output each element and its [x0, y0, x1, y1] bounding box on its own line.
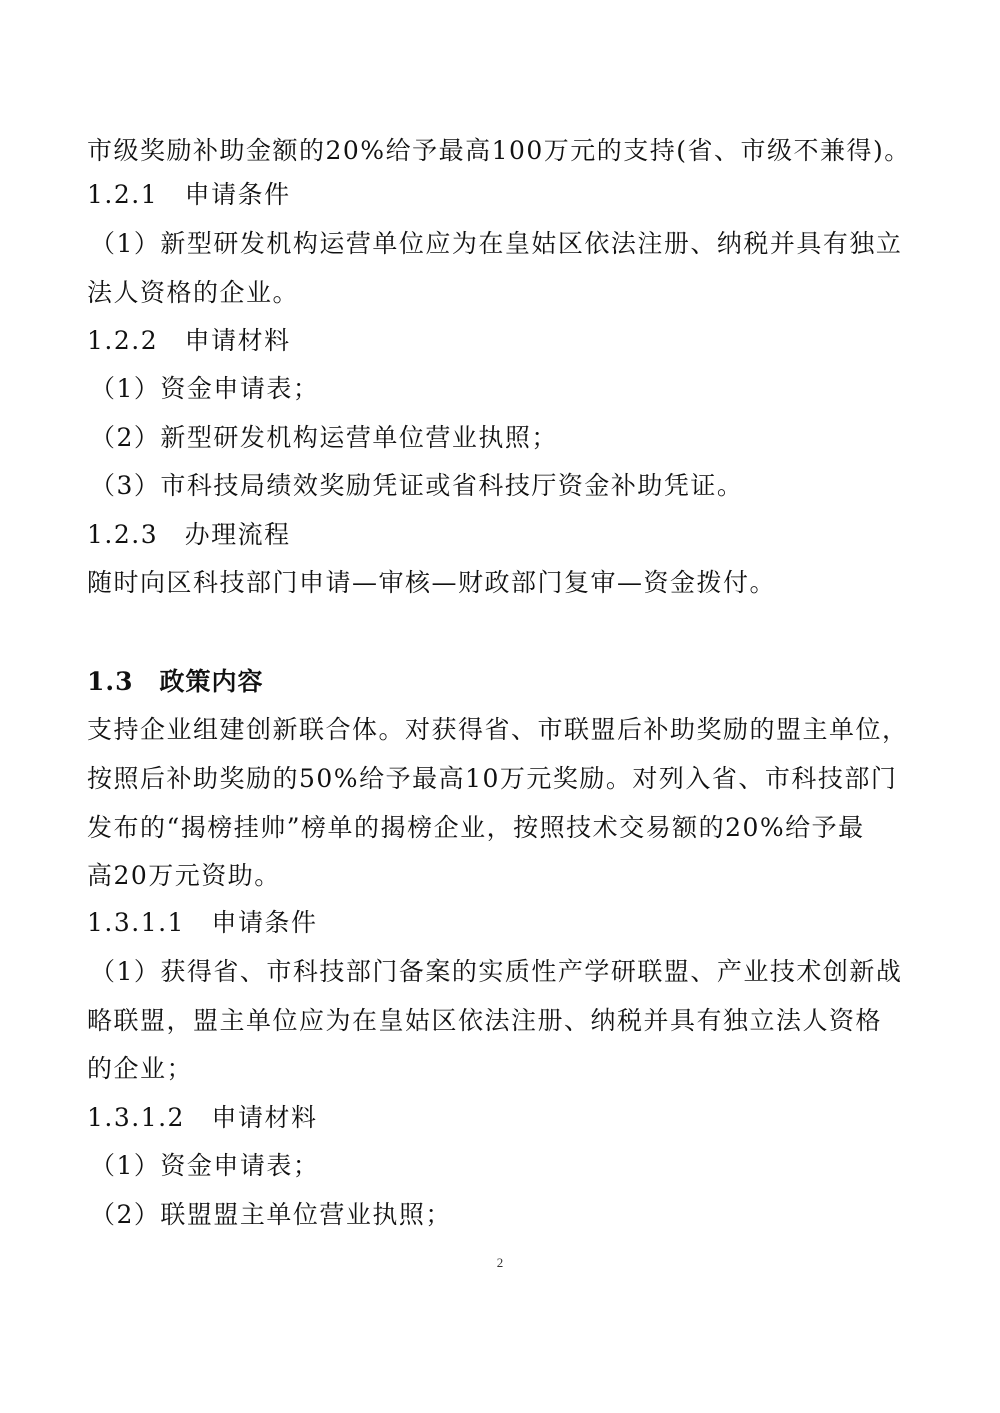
section-heading-1-2-3: 1.2.3 办理流程 — [87, 520, 291, 550]
paragraph-line: 随时向区科技部门申请—审核—财政部门复审—资金拨付。 — [87, 568, 776, 598]
list-item: （3）市科技局绩效奖励凭证或省科技厅资金补助凭证。 — [90, 471, 743, 501]
document-page: 市级奖励补助金额的20%给予最高100万元的支持(省、市级不兼得)。 1.2.1… — [0, 0, 1000, 1413]
list-item: （1）新型研发机构运营单位应为在皇姑区依法注册、纳税并具有独立 — [90, 229, 902, 259]
paragraph-line: 略联盟，盟主单位应为在皇姑区依法注册、纳税并具有独立法人资格 — [87, 1006, 882, 1036]
section-heading-1-3-1-1: 1.3.1.1 申请条件 — [87, 908, 317, 938]
list-item: （2）联盟盟主单位营业执照； — [90, 1200, 452, 1230]
paragraph-line: 发布的“揭榜挂帅”榜单的揭榜企业，按照技术交易额的20%给予最 — [87, 813, 865, 843]
section-heading-1-3: 1.3 政策内容 — [87, 667, 264, 697]
paragraph-line: 法人资格的企业。 — [87, 278, 299, 308]
paragraph-line: 的企业； — [87, 1054, 193, 1084]
list-item: （1）获得省、市科技部门备案的实质性产学研联盟、产业技术创新战 — [90, 957, 902, 987]
section-heading-1-2-2: 1.2.2 申请材料 — [87, 326, 291, 356]
paragraph-line: 高20万元资助。 — [87, 861, 281, 891]
paragraph-line: 按照后补助奖励的50%给予最高10万元奖励。对列入省、市科技部门 — [87, 764, 897, 794]
section-heading-1-2-1: 1.2.1 申请条件 — [87, 180, 291, 210]
paragraph-line: 市级奖励补助金额的20%给予最高100万元的支持(省、市级不兼得)。 — [87, 136, 911, 166]
page-number: 2 — [0, 1255, 1000, 1271]
list-item: （1）资金申请表； — [90, 374, 319, 404]
list-item: （1）资金申请表； — [90, 1151, 319, 1181]
list-item: （2）新型研发机构运营单位营业执照； — [90, 423, 558, 453]
paragraph-line: 支持企业组建创新联合体。对获得省、市联盟后补助奖励的盟主单位， — [87, 715, 909, 745]
section-heading-1-3-1-2: 1.3.1.2 申请材料 — [87, 1103, 317, 1133]
